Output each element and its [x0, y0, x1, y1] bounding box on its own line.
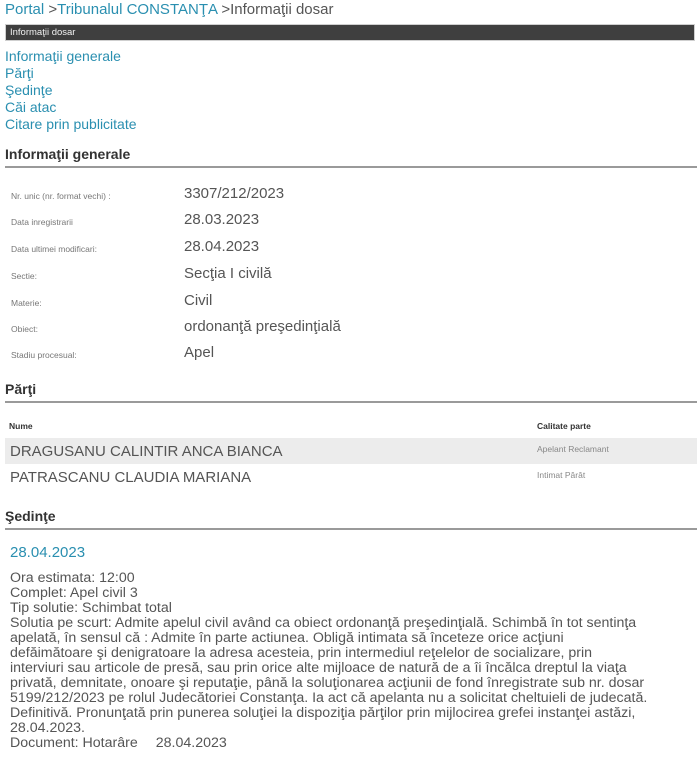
info-row: Nr. unic (nr. format vechi) : 3307/212/2… [0, 185, 700, 211]
solutie-line: interviuri sau articole de presă, sau pr… [10, 661, 700, 676]
breadcrumb-tribunal-link[interactable]: Tribunalul CONSTANŢA [57, 1, 217, 18]
info-value: ordonanţă preşedinţială [184, 318, 341, 335]
section-heading-sedinte: Şedinţe [5, 507, 697, 530]
info-label: Data inregistrarii [11, 217, 73, 227]
breadcrumb-current: Informaţii dosar [230, 1, 333, 18]
solutie-line: 28.04.2023. [10, 721, 700, 736]
info-value: 28.04.2023 [184, 238, 259, 255]
info-value: 3307/212/2023 [184, 185, 284, 202]
parti-table-header: Nume Calitate parte [0, 419, 700, 435]
sedinta-date: 28.04.2023 [10, 544, 85, 561]
column-header-nume: Nume [9, 421, 33, 431]
document-row: Document: Hotarâre28.04.2023 [10, 736, 700, 751]
info-row: Obiect: ordonanţă preşedinţială [0, 318, 700, 344]
breadcrumb: Portal >Tribunalul CONSTANŢA >Informaţii… [5, 0, 333, 20]
breadcrumb-separator: > [221, 1, 230, 18]
document-date: 28.04.2023 [156, 735, 227, 751]
tip-solutie: Tip solutie: Schimbat total [10, 601, 700, 616]
info-value: 28.03.2023 [184, 211, 259, 228]
info-label: Data ultimei modificari: [11, 244, 97, 254]
table-row: PATRASCANU CLAUDIA MARIANA Intimat Pârât [5, 464, 697, 490]
info-row: Sectie: Secţia I civilă [0, 265, 700, 291]
party-role: Apelant Reclamant [537, 444, 609, 454]
document-label[interactable]: Document: Hotarâre [10, 735, 138, 751]
nav-link-cai-atac[interactable]: Căi atac [5, 99, 137, 116]
column-header-calitate: Calitate parte [537, 421, 591, 431]
solutie-line: Solutia pe scurt: Admite apelul civil av… [10, 616, 700, 631]
solutie-line: apelată, în sensul că : Admite în parte … [10, 631, 700, 646]
info-value: Civil [184, 292, 212, 309]
solutie-line: privată, demnitate, onoare şi reputaţie,… [10, 676, 700, 691]
party-role: Intimat Pârât [537, 470, 585, 480]
party-name: PATRASCANU CLAUDIA MARIANA [10, 469, 251, 486]
info-label: Stadiu procesual: [11, 350, 77, 360]
nav-link-informatii-generale[interactable]: Informaţii generale [5, 48, 137, 65]
info-label: Materie: [11, 298, 42, 308]
party-name: DRAGUSANU CALINTIR ANCA BIANCA [10, 443, 283, 460]
sedinta-details: Ora estimata: 12:00 Complet: Apel civil … [10, 571, 700, 751]
info-label: Sectie: [11, 271, 37, 281]
complet: Complet: Apel civil 3 [10, 586, 700, 601]
solutie-line: defăimătoare şi denigratoare la adresa a… [10, 646, 700, 661]
section-nav: Informaţii generale Părţi Şedinţe Căi at… [5, 48, 137, 133]
info-row: Data ultimei modificari: 28.04.2023 [0, 238, 700, 264]
table-row: DRAGUSANU CALINTIR ANCA BIANCA Apelant R… [5, 438, 697, 464]
info-label: Nr. unic (nr. format vechi) : [11, 191, 111, 201]
nav-link-parti[interactable]: Părţi [5, 65, 137, 82]
info-row: Materie: Civil [0, 292, 700, 318]
nav-link-citare-publicitate[interactable]: Citare prin publicitate [5, 116, 137, 133]
info-value: Secţia I civilă [184, 265, 272, 282]
section-heading-informatii-generale: Informaţii generale [5, 145, 697, 168]
page-title-bar: Informaţii dosar [5, 24, 695, 41]
ora-estimata: Ora estimata: 12:00 [10, 571, 700, 586]
breadcrumb-separator: > [48, 1, 57, 18]
solutie-line: Definitivă. Pronunţată prin punerea solu… [10, 706, 700, 721]
solutie-line: 5199/212/2023 pe rolul Judecătoriei Cons… [10, 691, 700, 706]
info-row: Stadiu procesual: Apel [0, 344, 700, 370]
section-heading-parti: Părţi [5, 380, 697, 403]
info-row: Data inregistrarii 28.03.2023 [0, 211, 700, 237]
breadcrumb-portal-link[interactable]: Portal [5, 1, 44, 18]
info-value: Apel [184, 344, 214, 361]
nav-link-sedinte[interactable]: Şedinţe [5, 82, 137, 99]
page-title: Informaţii dosar [6, 25, 694, 40]
info-label: Obiect: [11, 324, 38, 334]
